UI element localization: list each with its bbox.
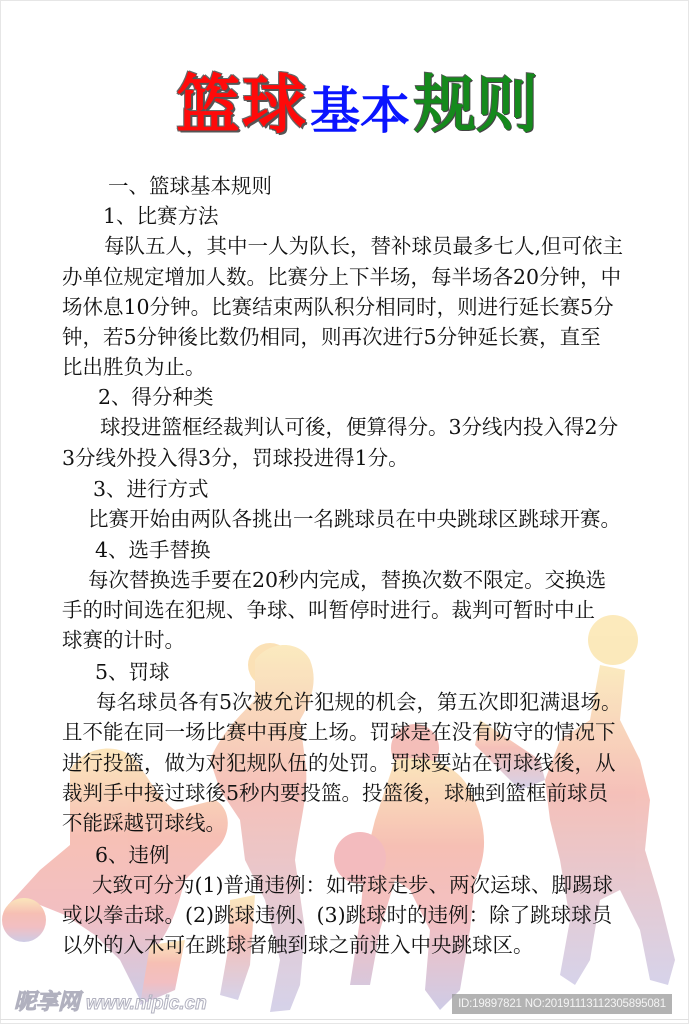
section-heading: 2、得分种类 (98, 384, 214, 410)
paragraph-line: 比出胜负为止。 (62, 354, 206, 380)
paragraph-line: 进行投篮，做为对犯规队伍的处罚。罚球要站在罚球线後，从 (62, 750, 616, 776)
paragraph-line: 3分线外投入得3分，罚球投进得1分。 (62, 445, 409, 471)
rules-document: 一、篮球基本规则 1、比赛方法 每队五人，其中一人为队长，替补球员最多七人,但可… (0, 0, 689, 1024)
paragraph-line: 裁判手中接过球後5秒内要投篮。投篮後，球触到篮框前球员 (62, 780, 608, 806)
nipic-watermark-logo: 昵享网www.nipic.cn (14, 985, 207, 1016)
main-heading: 一、篮球基本规则 (108, 173, 272, 199)
bottom-divider (0, 1019, 689, 1020)
paragraph-line: 场休息10分钟。比赛结束两队积分相同时，则进行延长赛5分 (62, 294, 614, 320)
paragraph-line: 不能踩越罚球线。 (62, 810, 226, 836)
paragraph-line: 以外的入木可在跳球者触到球之前进入中央跳球区。 (62, 932, 534, 958)
section-heading: 3、进行方式 (93, 476, 209, 502)
image-id-badge: ID:19897821 NO:20191113112305895081 (452, 994, 672, 1014)
section-heading: 5、罚球 (95, 659, 170, 685)
paragraph-line: 每次替换选手要在20秒内完成，替换次数不限定。交换选 (88, 567, 606, 593)
watermark-logo-text: 昵享网 (14, 989, 80, 1014)
paragraph-line: 每队五人，其中一人为队长，替补球员最多七人,但可依主 (104, 233, 623, 259)
section-heading: 4、选手替换 (95, 537, 211, 563)
paragraph-line: 手的时间选在犯规、争球、叫暂停时进行。裁判可暂时中止 (62, 597, 595, 623)
paragraph-line: 大致可分为(1)普通违例：如带球走步、两次运球、脚踢球 (92, 872, 613, 898)
paragraph-line: 或以拳击球。(2)跳球违例、(3)跳球时的违例：除了跳球球员 (62, 902, 612, 928)
paragraph-line: 每名球员各有5次被允许犯规的机会，第五次即犯满退场。 (96, 689, 622, 715)
paragraph-line: 球赛的计时。 (62, 627, 185, 653)
section-heading: 6、违例 (95, 842, 170, 868)
paragraph-line: 办单位规定增加人数。比赛分上下半场，每半场各20分钟，中 (62, 264, 621, 290)
watermark-url: www.nipic.cn (86, 993, 207, 1014)
paragraph-line: 钟，若5分钟後比数仍相同，则再次进行5分钟延长赛，直至 (62, 324, 601, 350)
section-heading: 1、比赛方法 (103, 203, 219, 229)
paragraph-line: 球投进篮框经裁判认可後，便算得分。3分线内投入得2分 (100, 414, 618, 440)
paragraph-line: 且不能在同一场比赛中再度上场。罚球是在没有防守的情况下 (62, 719, 616, 745)
paragraph-line: 比赛开始由两队各挑出一名跳球员在中央跳球区跳球开赛。 (88, 506, 621, 532)
